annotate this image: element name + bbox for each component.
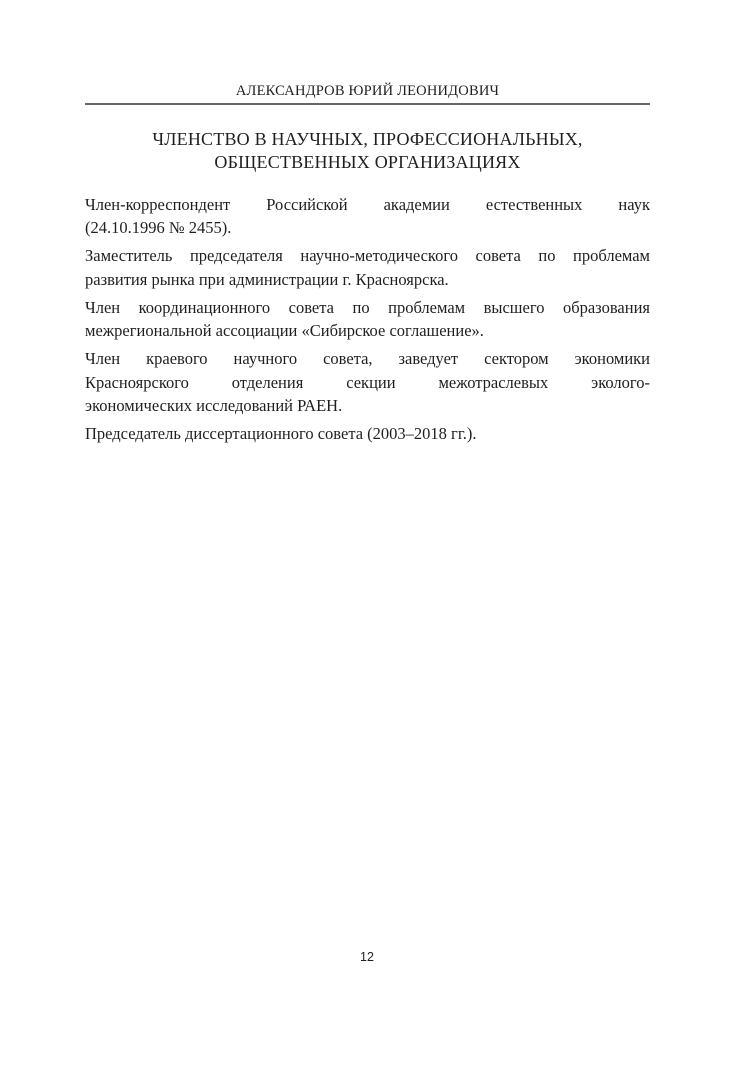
page-number: 12 [0,949,734,965]
header-rule [85,103,650,105]
paragraph-line: Член координационного совета по проблема… [85,296,650,320]
paragraph-line: Член краевого научного совета, заведует … [85,347,650,371]
section-heading-line-1: ЧЛЕНСТВО В НАУЧНЫХ, ПРОФЕССИОНАЛЬНЫХ, [85,128,650,151]
document-page: АЛЕКСАНДРОВ ЮРИЙ ЛЕОНИДОВИЧ ЧЛЕНСТВО В Н… [0,0,734,1080]
running-header: АЛЕКСАНДРОВ ЮРИЙ ЛЕОНИДОВИЧ [85,82,650,100]
paragraph-line: (24.10.1996 № 2455). [85,216,650,240]
paragraph: Член-корреспондент Российской академии е… [85,193,650,240]
paragraph: Заместитель председателя научно-методиче… [85,244,650,291]
paragraph-line: развития рынка при администрации г. Крас… [85,268,650,292]
section-heading-line-2: ОБЩЕСТВЕННЫХ ОРГАНИЗАЦИЯХ [85,151,650,174]
paragraph-line: Член-корреспондент Российской академии е… [85,193,650,217]
paragraph-line: Председатель диссертационного совета (20… [85,422,650,446]
body-text: Член-корреспондент Российской академии е… [85,193,650,451]
section-heading: ЧЛЕНСТВО В НАУЧНЫХ, ПРОФЕССИОНАЛЬНЫХ, ОБ… [85,128,650,174]
paragraph: Член краевого научного совета, заведует … [85,347,650,418]
paragraph: Член координационного совета по проблема… [85,296,650,343]
paragraph: Председатель диссертационного совета (20… [85,422,650,446]
paragraph-line: Красноярского отделения секции межотрасл… [85,371,650,395]
paragraph-line: экономических исследований РАЕН. [85,394,650,418]
paragraph-line: Заместитель председателя научно-методиче… [85,244,650,268]
paragraph-line: межрегиональной ассоциации «Сибирское со… [85,319,650,343]
